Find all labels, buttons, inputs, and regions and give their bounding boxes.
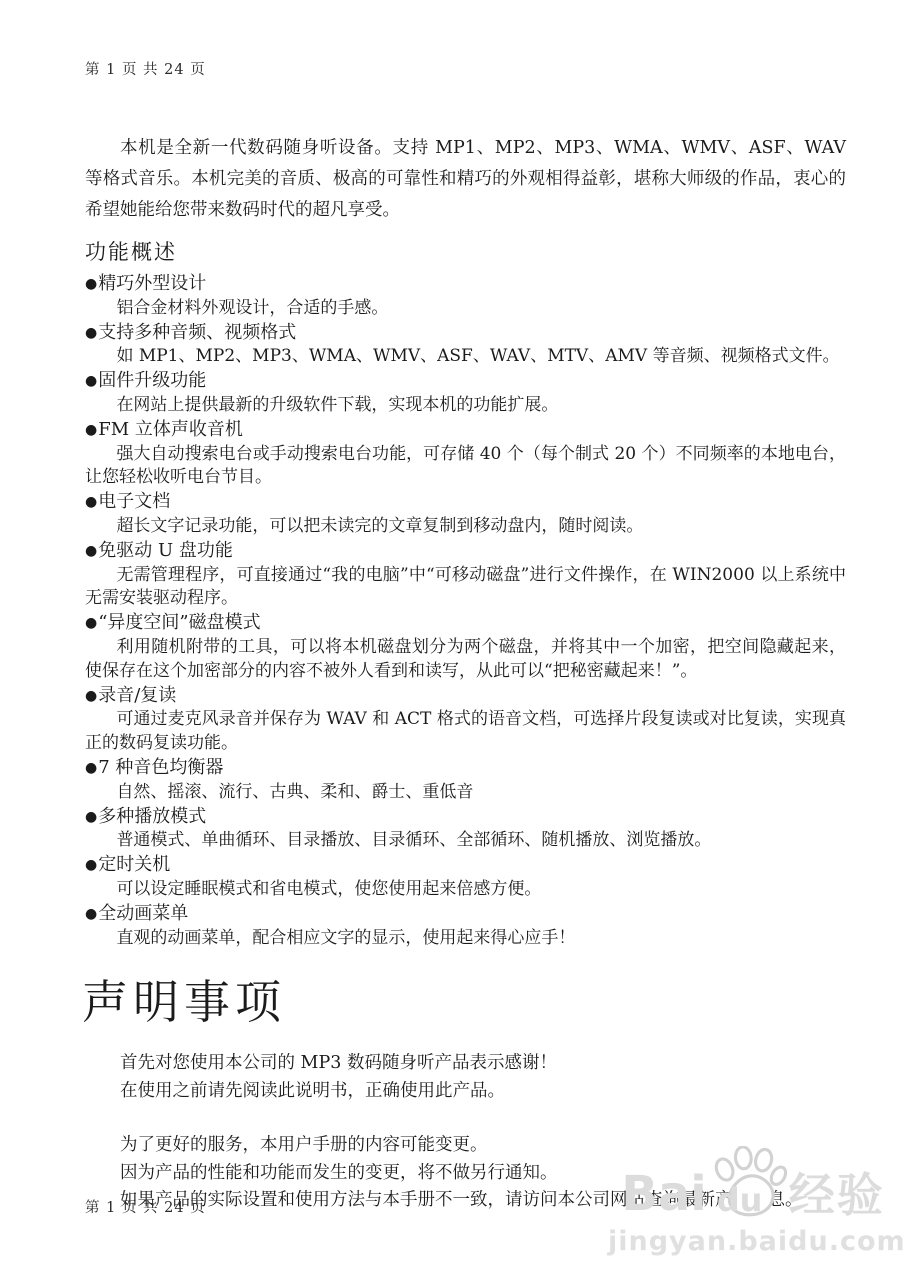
intro-paragraph: 本机是全新一代数码随身听设备。支持 MP1、MP2、MP3、WMA、WMV、AS… [85,133,846,226]
bullet-icon: ● [85,760,97,776]
feature-title: ●定时关机 [85,853,846,878]
bullet-icon: ● [85,906,97,922]
feature-desc: 如 MP1、MP2、MP3、WMA、WMV、ASF、WAV、MTV、AMV 等音… [85,345,846,369]
feature-item: ●7 种音色均衡器 自然、摇滚、流行、古典、柔和、爵士、重低音 [85,756,846,805]
feature-title: ●录音/复读 [85,684,846,709]
watermark-url: jingyan.baidu.com [608,1226,898,1257]
header-pagination: 第 1 页 共 24 页 [85,58,846,79]
baidu-paw-icon: du [709,1146,787,1218]
feature-title-text: 多种播放模式 [98,806,206,827]
bullet-icon: ● [85,857,97,873]
feature-title: ●7 种音色均衡器 [85,756,846,781]
feature-title: ●电子文档 [85,490,846,515]
feature-title-text: 固件升级功能 [98,370,206,391]
feature-item: ●电子文档 超长文字记录功能，可以把未读完的文章复制到移动盘内，随时阅读。 [85,490,846,539]
feature-title-text: 电子文档 [98,491,170,512]
footer-pagination: 第 1 页 共 24 页 [85,1196,206,1217]
statement-line: 首先对您使用本公司的 MP3 数码随身听产品表示感谢！ [85,1050,846,1078]
bullet-icon: ● [85,688,97,704]
feature-item: ●定时关机 可以设定睡眠模式和省电模式，使您使用起来倍感方便。 [85,853,846,902]
feature-title: ●免驱动 U 盘功能 [85,539,846,564]
features-section-heading: 功能概述 [85,236,846,266]
feature-desc: 可以设定睡眠模式和省电模式，使您使用起来倍感方便。 [85,878,846,902]
feature-desc: 强大自动搜索电台或手动搜索电台功能，可存储 40 个（每个制式 20 个）不同频… [85,443,846,491]
feature-title-text: 全动画菜单 [98,903,188,924]
feature-item: ●“异度空间”磁盘模式 利用随机附带的工具，可以将本机磁盘划分为两个磁盘，并将其… [85,611,846,683]
bullet-icon: ● [85,615,97,631]
feature-desc: 自然、摇滚、流行、古典、柔和、爵士、重低音 [85,781,846,805]
feature-desc: 超长文字记录功能，可以把未读完的文章复制到移动盘内，随时阅读。 [85,515,846,539]
bullet-icon: ● [85,373,97,389]
feature-title-text: “异度空间”磁盘模式 [98,612,260,633]
feature-title: ●固件升级功能 [85,369,846,394]
feature-title-text: 7 种音色均衡器 [98,757,223,778]
baidu-logo: Bai du 经验 [608,1146,898,1218]
baidu-logo-bai-text: Bai [621,1170,706,1218]
statement-group-1: 首先对您使用本公司的 MP3 数码随身听产品表示感谢！ 在使用之前请先阅读此说明… [85,1050,846,1105]
feature-desc: 利用随机附带的工具，可以将本机磁盘划分为两个磁盘，并将其中一个加密，把空间隐藏起… [85,636,846,684]
feature-item: ●多种播放模式 普通模式、单曲循环、目录播放、目录循环、全部循环、随机播放、浏览… [85,805,846,854]
feature-item: ●免驱动 U 盘功能 无需管理程序，可直接通过“我的电脑”中“可移动磁盘”进行文… [85,539,846,611]
feature-item: ●FM 立体声收音机 强大自动搜索电台或手动搜索电台功能，可存储 40 个（每个… [85,418,846,490]
feature-title: ●全动画菜单 [85,902,846,927]
feature-title-text: 支持多种音频、视频格式 [98,322,296,343]
manual-page: 第 1 页 共 24 页 本机是全新一代数码随身听设备。支持 MP1、MP2、M… [0,0,904,1280]
feature-title-text: 定时关机 [98,854,170,875]
feature-title-text: 免驱动 U 盘功能 [98,540,233,561]
feature-title: ●FM 立体声收音机 [85,418,846,443]
statement-line: 在使用之前请先阅读此说明书，正确使用此产品。 [85,1078,846,1106]
feature-title-text: 录音/复读 [98,685,176,706]
feature-item: ●固件升级功能 在网站上提供最新的升级软件下载，实现本机的功能扩展。 [85,369,846,418]
feature-list: ●精巧外型设计 铝合金材料外观设计，合适的手感。 ●支持多种音频、视频格式 如 … [85,272,846,950]
bullet-icon: ● [85,325,97,341]
feature-desc: 铝合金材料外观设计，合适的手感。 [85,297,846,321]
bullet-icon: ● [85,543,97,559]
bullet-icon: ● [85,494,97,510]
feature-title: ●支持多种音频、视频格式 [85,321,846,346]
baidu-jingyan-cn-text: 经验 [789,1172,885,1218]
feature-item: ●全动画菜单 直观的动画菜单，配合相应文字的显示，使用起来得心应手！ [85,902,846,951]
feature-desc: 可通过麦克风录音并保存为 WAV 和 ACT 格式的语音文档，可选择片段复读或对… [85,708,846,756]
feature-item: ●支持多种音频、视频格式 如 MP1、MP2、MP3、WMA、WMV、ASF、W… [85,321,846,370]
feature-title-text: FM 立体声收音机 [98,419,243,440]
feature-title: ●精巧外型设计 [85,272,846,297]
baidu-jingyan-watermark: Bai du 经验 jingyan.baidu.com [608,1146,898,1257]
baidu-logo-du-text: du [717,1184,763,1216]
feature-title-text: 精巧外型设计 [98,273,206,294]
bullet-icon: ● [85,276,97,292]
bullet-icon: ● [85,422,97,438]
feature-title: ●多种播放模式 [85,805,846,830]
feature-desc: 在网站上提供最新的升级软件下载，实现本机的功能扩展。 [85,394,846,418]
feature-item: ●精巧外型设计 铝合金材料外观设计，合适的手感。 [85,272,846,321]
statement-section-heading: 声明事项 [82,966,846,1032]
feature-desc: 直观的动画菜单，配合相应文字的显示，使用起来得心应手！ [85,927,846,951]
feature-title: ●“异度空间”磁盘模式 [85,611,846,636]
bullet-icon: ● [85,809,97,825]
feature-desc: 无需管理程序，可直接通过“我的电脑”中“可移动磁盘”进行文件操作，在 WIN20… [85,564,846,612]
feature-desc: 普通模式、单曲循环、目录播放、目录循环、全部循环、随机播放、浏览播放。 [85,829,846,853]
feature-item: ●录音/复读 可通过麦克风录音并保存为 WAV 和 ACT 格式的语音文档，可选… [85,684,846,756]
